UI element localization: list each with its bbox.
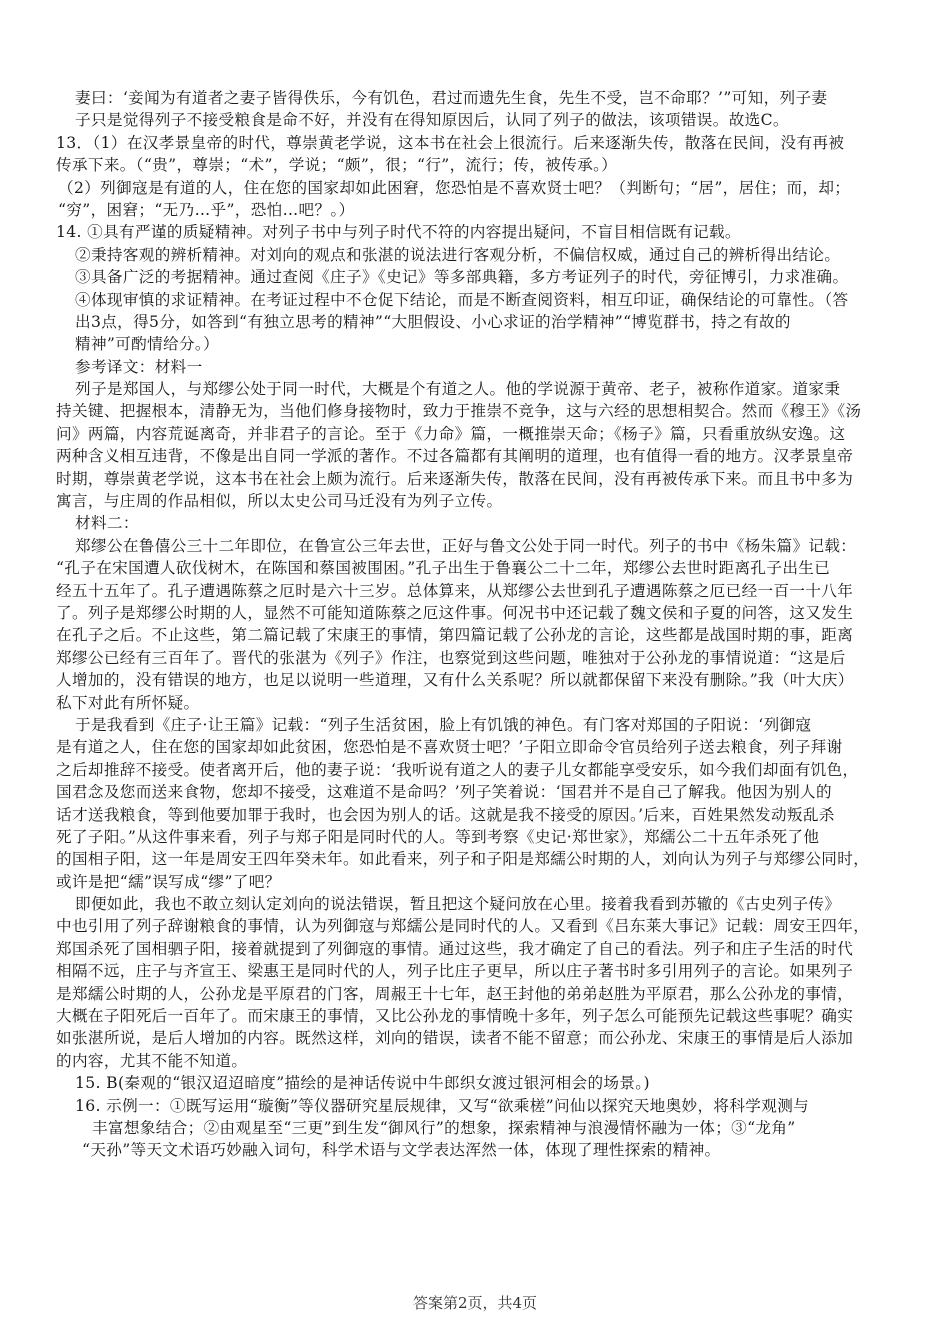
text-line: 妻曰：‘妾闻为有道者之妻子皆得佚乐，今有饥色，君过而遗先生食，先生不受，岂不命耶… (56, 87, 896, 109)
text-line: 的国相子阳，这一年是周安王四年癸未年。如此看来，列子和子阳是郑繻公时期的人，刘向… (56, 848, 896, 870)
answer-document: 妻曰：‘妾闻为有道者之妻子皆得佚乐，今有饥色，君过而遗先生食，先生不受，岂不命耶… (56, 87, 896, 1162)
answer-12-explanation: 妻曰：‘妾闻为有道者之妻子皆得佚乐，今有饥色，君过而遗先生食，先生不受，岂不命耶… (56, 87, 896, 132)
text-line: “孔子在宋国遭人砍伐树木，在陈国和蔡国被围困。”孔子出生于鲁襄公二十二年，郑缪公… (56, 557, 896, 579)
text-line: 即便如此，我也不敢立刻认定刘向的说法错误，暂且把这个疑问放在心里。接着我看到苏辙… (56, 893, 896, 915)
text-line: 丰富想象结合；②由观星至“三更”到生发“御风行”的想象，探索精神与浪漫情怀融为一… (56, 1117, 896, 1139)
text-line: 子只是觉得列子不接受粮食是命不好，并没有在得知原因后，认同了列子的做法，该项错误… (56, 109, 896, 131)
text-line: 死了子阳。”从这件事来看，列子与郑子阳是同时代的人。等到考察《史记·郑世家》，郑… (56, 826, 896, 848)
section-heading: 材料二： (56, 512, 896, 534)
text-line: 13．（1）在汉孝景皇帝的时代，尊崇黄老学说，这本书在社会上很流行。后来逐渐失传… (56, 132, 896, 154)
answer-16: 16. 示例一：①既写运用“璇衡”等仪器研究星辰规律，又写“欲乘槎”问仙以探究天… (56, 1095, 896, 1162)
text-line: 是郑繻公时期的人，公孙龙是平原君的门客，周赧王十七年，赵王封他的弟弟赵胜为平原君… (56, 983, 896, 1005)
text-line: “天孙”等天文术语巧妙融入词句，科学术语与文学表达浑然一体，体现了理性探索的精神… (56, 1139, 896, 1161)
text-line: “穷”，困窘；“无乃…乎”，恐怕…吧？。） (56, 199, 896, 221)
text-line: 问》两篇，内容荒诞离奇，并非君子的言论。至于《力命》篇，一概推崇天命；《杨子》篇… (56, 423, 896, 445)
answer-14: 14. ①具有严谨的质疑精神。对列子书中与列子时代不符的内容提出疑问，不盲目相信… (56, 221, 896, 355)
text-line: 寓言，与庄周的作品相似，所以太史公司马迁没有为列子立传。 (56, 490, 896, 512)
text-line: 16. 示例一：①既写运用“璇衡”等仪器研究星辰规律，又写“欲乘槎”问仙以探究天… (56, 1095, 896, 1117)
text-line: 之后却推辞不接受。使者离开后，他的妻子说：‘我听说有道之人的妻子儿女都能享受安乐… (56, 759, 896, 781)
text-line: 国君念及您而送来食物，您却不接受，这难道不是命吗？’列子笑着说：‘国君并不是自己… (56, 781, 896, 803)
answer-13: 13．（1）在汉孝景皇帝的时代，尊崇黄老学说，这本书在社会上很流行。后来逐渐失传… (56, 132, 896, 222)
text-line: ④体现审慎的求证精神。在考证过程中不仓促下结论，而是不断查阅资料，相互印证，确保… (56, 289, 896, 311)
text-line: 郑国杀死了国相驷子阳，接着就提到了列御寇的事情。通过这些，我才确定了自己的看法。… (56, 938, 896, 960)
text-line: 私下对此有所怀疑。 (56, 692, 896, 714)
text-line: 两种含义相互违背，不像是出自同一学派的著作。不过各篇都有其阐明的道理，也有值得一… (56, 445, 896, 467)
section-heading: 参考译文：材料一 (56, 356, 896, 378)
text-line: 于是我看到《庄子·让王篇》记载：“列子生活贫困，脸上有饥饿的神色。有门客对郑国的… (56, 714, 896, 736)
text-line: 14. ①具有严谨的质疑精神。对列子书中与列子时代不符的内容提出疑问，不盲目相信… (56, 221, 896, 243)
text-line: （2）列御寇是有道的人，住在您的国家却如此困窘，您恐怕是不喜欢贤士吧？（判断句；… (56, 177, 896, 199)
text-line: 话才送我粮食，等到他要加罪于我时，也会因为别人的话。这就是我不接受的原因。’后来… (56, 804, 896, 826)
text-line: 出3点，得5分，如答到“有独立思考的精神”“大胆假设、小心求证的治学精神”“博览… (56, 311, 896, 333)
text-line: 列子是郑国人，与郑缪公处于同一时代，大概是个有道之人。他的学说源于黄帝、老子，被… (56, 378, 896, 400)
reference-translation-material-1: 参考译文：材料一 列子是郑国人，与郑缪公处于同一时代，大概是个有道之人。他的学说… (56, 356, 896, 513)
text-line: ③具备广泛的考据精神。通过查阅《庄子》《史记》等多部典籍，多方考证列子的时代，旁… (56, 266, 896, 288)
answer-15: 15. B(秦观的“银汉迢迢暗度”描绘的是神话传说中牛郎织女渡过银河相会的场景。… (56, 1072, 896, 1094)
text-line: 郑缪公已经有三百年了。晋代的张湛为《列子》作注，也察觉到这些问题，唯独对于公孙龙… (56, 647, 896, 669)
text-line: 了。列子是郑缪公时期的人，显然不可能知道陈蔡之厄这件事。何况书中还记载了魏文侯和… (56, 602, 896, 624)
text-line: 或许是把“繻”误写成“缪”了吧？ (56, 871, 896, 893)
text-line: 持关键、把握根本，清静无为，当他们修身接物时，致力于推崇不竞争，这与六经的思想相… (56, 400, 896, 422)
text-line: 大概在子阳死后一百年了。而宋康王的事情，又比公孙龙的事情晚十多年，列子怎么可能预… (56, 1005, 896, 1027)
text-line: 15. B(秦观的“银汉迢迢暗度”描绘的是神话传说中牛郎织女渡过银河相会的场景。… (56, 1072, 896, 1094)
text-line: 时期，尊崇黄老学说，这本书在社会上颇为流行。后来逐渐失传，散落在民间，没有再被传… (56, 468, 896, 490)
text-line: 精神”可酌情给分。） (56, 333, 896, 355)
text-line: 是有道之人，住在您的国家却如此贫困，您恐怕是不喜欢贤士吧？’子阳立即命令官员给列… (56, 736, 896, 758)
page-footer: 答案第2页，共4页 (0, 1292, 950, 1313)
text-line: 在孔子之后。不止这些，第二篇记载了宋康王的事情，第四篇记载了公孙龙的言论，这些都… (56, 624, 896, 646)
text-line: 相隔不远，庄子与齐宣王、梁惠王是同时代的人，列子比庄子更早，所以庄子著书时多引用… (56, 960, 896, 982)
text-line: ②秉持客观的辨析精神。对刘向的观点和张湛的说法进行客观分析，不偏信权威，通过自己… (56, 244, 896, 266)
text-line: 人增加的，没有错误的地方，也足以说明一些道理，又有什么关系呢？所以就都保留下来没… (56, 669, 896, 691)
text-line: 中也引用了列子辞谢粮食的事情，认为列御寇与郑繻公是同时代的人。又看到《吕东莱大事… (56, 915, 896, 937)
reference-translation-material-2: 材料二： 郑缪公在鲁僖公三十二年即位，在鲁宣公三年去世，正好与鲁文公处于同一时代… (56, 512, 896, 1072)
text-line: 的内容，尤其不能不知道。 (56, 1050, 896, 1072)
text-line: 郑缪公在鲁僖公三十二年即位，在鲁宣公三年去世，正好与鲁文公处于同一时代。列子的书… (56, 535, 896, 557)
text-line: 经五十五年了。孔子遭遇陈蔡之厄时是六十三岁。总体算来，从郑缪公去世到孔子遭遇陈蔡… (56, 580, 896, 602)
text-line: 传承下来。（“贵”，尊崇；“术”，学说；“颇”，很；“行”，流行；传，被传承。） (56, 154, 896, 176)
text-line: 如张湛所说，是后人增加的内容。既然这样，刘向的错误，读者不能不留意；而公孙龙、宋… (56, 1027, 896, 1049)
